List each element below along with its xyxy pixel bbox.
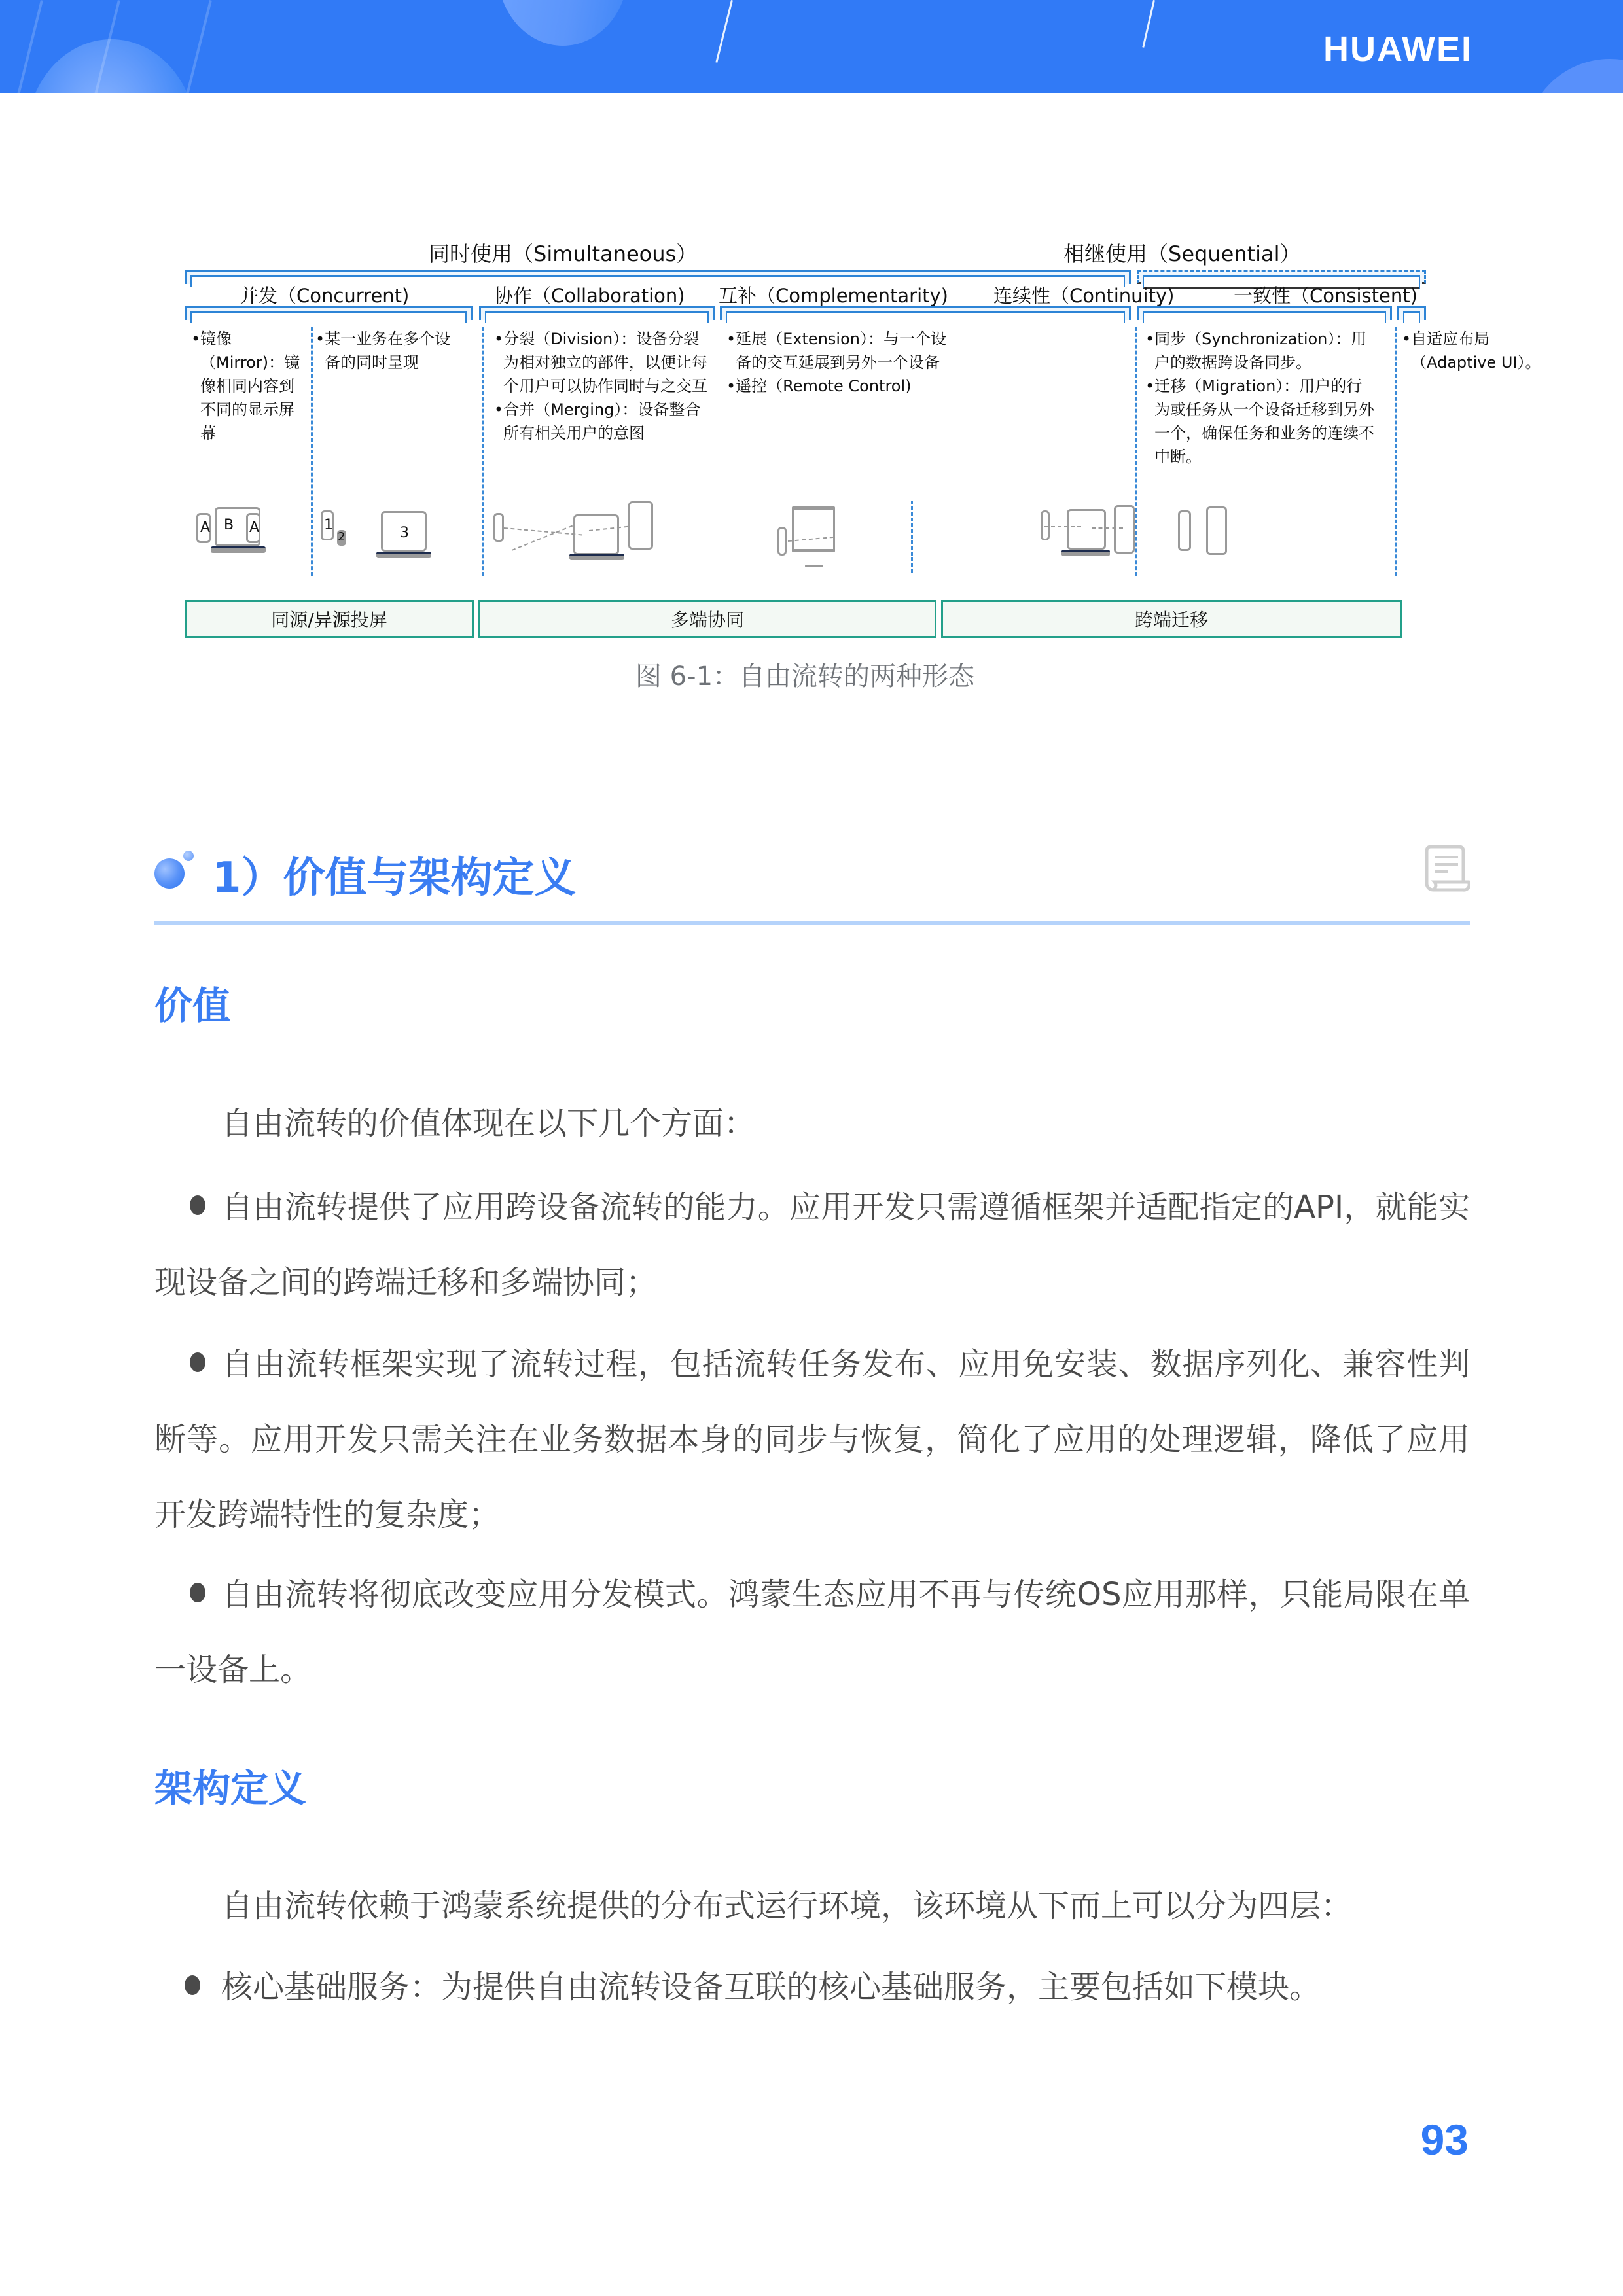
arrow (1092, 527, 1123, 529)
device-label: 3 (400, 525, 409, 541)
device-label: 2 (338, 530, 345, 544)
phone-icon (493, 513, 504, 542)
device-label: 1 (324, 517, 333, 533)
tablet-icon (1114, 505, 1135, 554)
column-item: •某一业务在多个设备的同时呈现 (315, 327, 459, 374)
column-item: •遥控（Remote Control) (726, 374, 949, 398)
column-continuity: •同步（Synchronization）：用户的数据跨设备同步。 •迁移（Mig… (1145, 327, 1374, 468)
decorative-stripe (15, 0, 43, 93)
column-consistent: •自适应布局（Adaptive UI）。 (1402, 327, 1552, 374)
device-label: B (224, 517, 234, 533)
decorative-blob (497, 0, 628, 46)
bullet-orb-icon (154, 858, 185, 889)
column-item: •镜像（Mirror)：镜像相同内容到不同的显示屏幕 (191, 327, 309, 445)
value-bullet-1-text: 自由流转提供了应用跨设备流转的能力。应用开发只需遵循框架并适配指定的API，就能… (154, 1170, 1470, 1320)
bracket-collaboration (479, 306, 715, 320)
bracket-concurrent (185, 306, 473, 320)
column-item: •分裂（Division）：设备分裂为相对独立的部件，以便让每个用户可以协作同时… (494, 327, 710, 398)
category-concurrent: 并发（Concurrent) (240, 281, 409, 308)
column-item: •迁移（Migration）：用户的行为或任务从一个设备迁移到另外一个，确保任务… (1145, 374, 1374, 468)
decorative-blob (1525, 59, 1623, 93)
bullet-dot-icon (190, 1352, 205, 1372)
dashed-divider (1395, 327, 1397, 576)
bullet-text: 自由流转将彻底改变应用分发模式。鸿蒙生态应用不再与传统OS应用那样，只能局限在单… (154, 1576, 1470, 1688)
group-label-sequential: 相继使用（Sequential） (1063, 238, 1301, 268)
laptop-base (211, 546, 266, 553)
bracket-complementarity (720, 306, 1131, 320)
monitor-icon (792, 506, 835, 552)
architecture-bullet-1: 核心基础服务：为提供自由流转设备互联的核心基础服务，主要包括如下模块。 (154, 1950, 1470, 2025)
dashed-divider (1135, 327, 1137, 576)
category-consistent: 一致性（Consistent) (1234, 281, 1418, 308)
bracket-consistent (1397, 306, 1426, 320)
heading-architecture: 架构定义 (154, 1757, 306, 1812)
section-title: 1）价值与架构定义 (212, 844, 577, 904)
tablet-icon (628, 501, 653, 550)
bracket-continuity (1137, 306, 1392, 320)
tablet-icon (1206, 506, 1227, 555)
column-collaboration: •分裂（Division）：设备分裂为相对独立的部件，以便让每个用户可以协作同时… (494, 327, 710, 445)
bullet-text: 核心基础服务：为提供自由流转设备互联的核心基础服务，主要包括如下模块。 (221, 1969, 1321, 2005)
category-complementarity: 互补（Complementarity) (719, 281, 948, 308)
value-bullet-3: 自由流转将彻底改变应用分发模式。鸿蒙生态应用不再与传统OS应用那样，只能局限在单… (154, 1557, 1470, 1708)
bullet-dot-icon (185, 1975, 200, 1995)
section-heading: 1）价值与架构定义 (154, 844, 1470, 923)
column-complementarity: •延展（Extension）：与一个设备的交互延展到另外一个设备 •遥控（Rem… (726, 327, 949, 398)
label-box-multi-device-collaboration: 多端协同 (478, 600, 936, 638)
dashed-divider (482, 327, 484, 576)
decorative-stripe (184, 0, 212, 93)
laptop-base (1061, 550, 1110, 556)
document-scroll-icon (1424, 844, 1470, 894)
architecture-intro: 自由流转依赖于鸿蒙系统提供的分布式运行环境，该环境从下而上可以分为四层： (154, 1869, 1470, 1944)
bullet-text: 自由流转提供了应用跨设备流转的能力。应用开发只需遵循框架并适配指定的API，就能… (154, 1189, 1470, 1301)
column-item: •同步（Synchronization）：用户的数据跨设备同步。 (1145, 327, 1374, 374)
page-header-band: HUAWEI (0, 0, 1623, 93)
value-bullet-2: 自由流转框架实现了流转过程，包括流转任务发布、应用免安装、数据序列化、兼容性判断… (154, 1327, 1470, 1553)
category-continuity: 连续性（Continuity) (993, 281, 1174, 308)
device-label: A (249, 520, 259, 536)
bullet-dot-icon (190, 1583, 205, 1602)
label-box-cross-device-migration: 跨端迁移 (941, 600, 1402, 638)
value-intro: 自由流转的价值体现在以下几个方面： (154, 1086, 1470, 1161)
monitor-stand (805, 565, 823, 567)
arrow (504, 527, 582, 535)
category-collaboration: 协作（Collaboration) (494, 281, 685, 308)
column-item: •合并（Merging）：设备整合所有相关用户的意图 (494, 398, 710, 445)
dashed-divider (911, 501, 913, 573)
column-item: •延展（Extension）：与一个设备的交互延展到另外一个设备 (726, 327, 949, 374)
decorative-blob (26, 39, 196, 93)
phone-icon (1178, 510, 1191, 551)
figure-caption: 图 6-1：自由流转的两种形态 (177, 656, 1433, 693)
phone-icon (1041, 510, 1050, 540)
heading-value: 价值 (154, 975, 230, 1030)
brand-logo: HUAWEI (1323, 29, 1472, 69)
decorative-stripe (715, 0, 733, 63)
column-mirror: •镜像（Mirror)：镜像相同内容到不同的显示屏幕 (191, 327, 309, 445)
laptop-base (569, 554, 624, 560)
group-label-simultaneous: 同时使用（Simultaneous） (429, 238, 697, 268)
arrow (1044, 526, 1081, 527)
column-item: •自适应布局（Adaptive UI）。 (1402, 327, 1552, 374)
column-concurrent: •某一业务在多个设备的同时呈现 (315, 327, 459, 374)
bullet-text: 自由流转框架实现了流转过程，包括流转任务发布、应用免安装、数据序列化、兼容性判断… (154, 1346, 1470, 1533)
laptop-base (376, 552, 431, 558)
decorative-stripe (1142, 0, 1155, 48)
bullet-dot-icon (190, 1195, 205, 1215)
label-box-screen-casting: 同源/异源投屏 (185, 600, 474, 638)
device-label: A (200, 520, 210, 536)
bullet-orb-small-icon (183, 851, 194, 861)
laptop-icon (1067, 509, 1106, 550)
figure-free-flow-forms: 同时使用（Simultaneous） 相继使用（Sequential） 并发（C… (177, 222, 1433, 654)
page-number: 93 (1421, 2115, 1469, 2164)
dashed-divider (311, 327, 313, 576)
section-divider (154, 921, 1470, 925)
phone-icon (777, 527, 787, 556)
